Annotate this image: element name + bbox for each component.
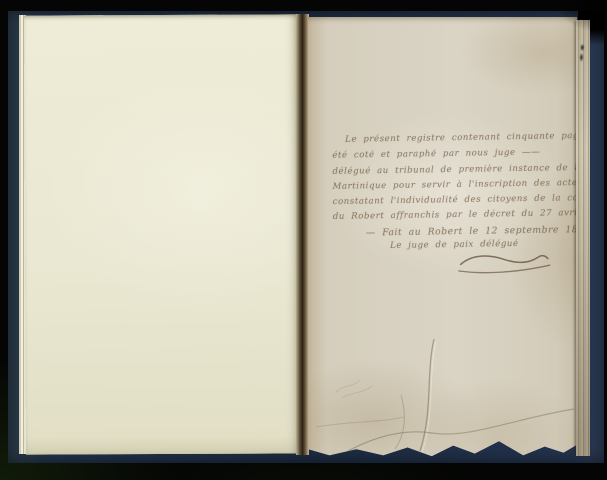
manuscript-right-page: Le présent registre contenant cinquante …: [308, 17, 577, 457]
book-gutter-shadow: [296, 14, 309, 455]
right-fore-edge-stack: [576, 20, 590, 456]
manuscript-line: été coté et paraphé par nous juge ——: [332, 147, 540, 160]
scanned-register-photo: Le présent registre contenant cinquante …: [0, 0, 607, 480]
manuscript-date-line: — Fait au Robert le 12 septembre 1848: [366, 224, 591, 239]
manuscript-line: Martinique pour servir à l'inscription d…: [332, 178, 582, 192]
fore-edge-ink-mark: [578, 42, 585, 64]
manuscript-line: constatant l'individualité des citoyens …: [333, 192, 607, 207]
manuscript-line: Le présent registre contenant cinquante …: [345, 131, 602, 145]
blank-left-page: [24, 14, 298, 454]
manuscript-line: délégué au tribunal de première instance…: [332, 163, 583, 177]
parchment-crease-lines: [308, 337, 577, 457]
manuscript-line: du Robert affranchis par le décret du 27…: [333, 208, 607, 222]
signature-flourish: [456, 249, 552, 276]
